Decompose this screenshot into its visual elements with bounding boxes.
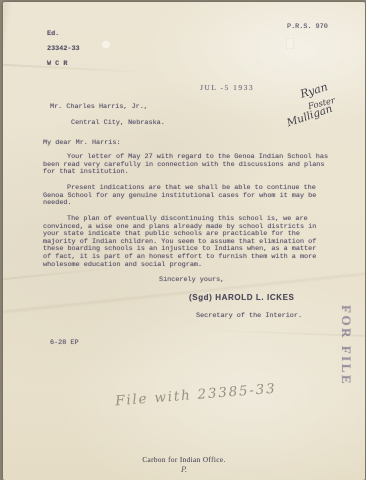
for-file-stamp: FOR FILE (338, 305, 354, 401)
dictation-code: 6-28 EP (50, 340, 79, 348)
paper-flaw (286, 38, 294, 49)
carbon-initial: P. (181, 465, 187, 474)
salutation: My dear Mr. Harris: (43, 140, 121, 148)
recipient-address: Central City, Nebraska. (71, 120, 165, 128)
recipient-name: Mr. Charles Harris, Jr., (50, 104, 148, 112)
pencil-filing-note: File with 23385-33 (115, 381, 277, 410)
body-paragraph-3: The plan of eventually discontinuing thi… (43, 216, 343, 269)
typist-initials: W C R (47, 61, 80, 69)
file-classification-block: Ed. 23342-33 W C R (47, 23, 80, 76)
crease-line (3, 64, 163, 74)
date-received-stamp: JUL -5 1933 (200, 83, 254, 92)
paper-flaw (101, 40, 111, 49)
signature-stamp: (Sgd) HAROLD L. ICKES (189, 293, 294, 302)
signature-title: Secretary of the Interior. (196, 313, 302, 321)
letter-page: Ed. 23342-33 W C R P.R.S. 970 JUL -5 193… (3, 2, 365, 480)
body-paragraph-1: Your letter of May 27 with regard to the… (43, 154, 339, 177)
file-class-line: Ed. (47, 31, 80, 39)
reference-number: P.R.S. 970 (287, 24, 328, 32)
file-number: 23342-33 (47, 46, 80, 54)
body-paragraph-2: Present indications are that we shall be… (43, 185, 339, 208)
carbon-copy-stamp: Carbon for Indian Office. (142, 456, 225, 464)
complimentary-close: Sincerely yours, (159, 277, 224, 285)
